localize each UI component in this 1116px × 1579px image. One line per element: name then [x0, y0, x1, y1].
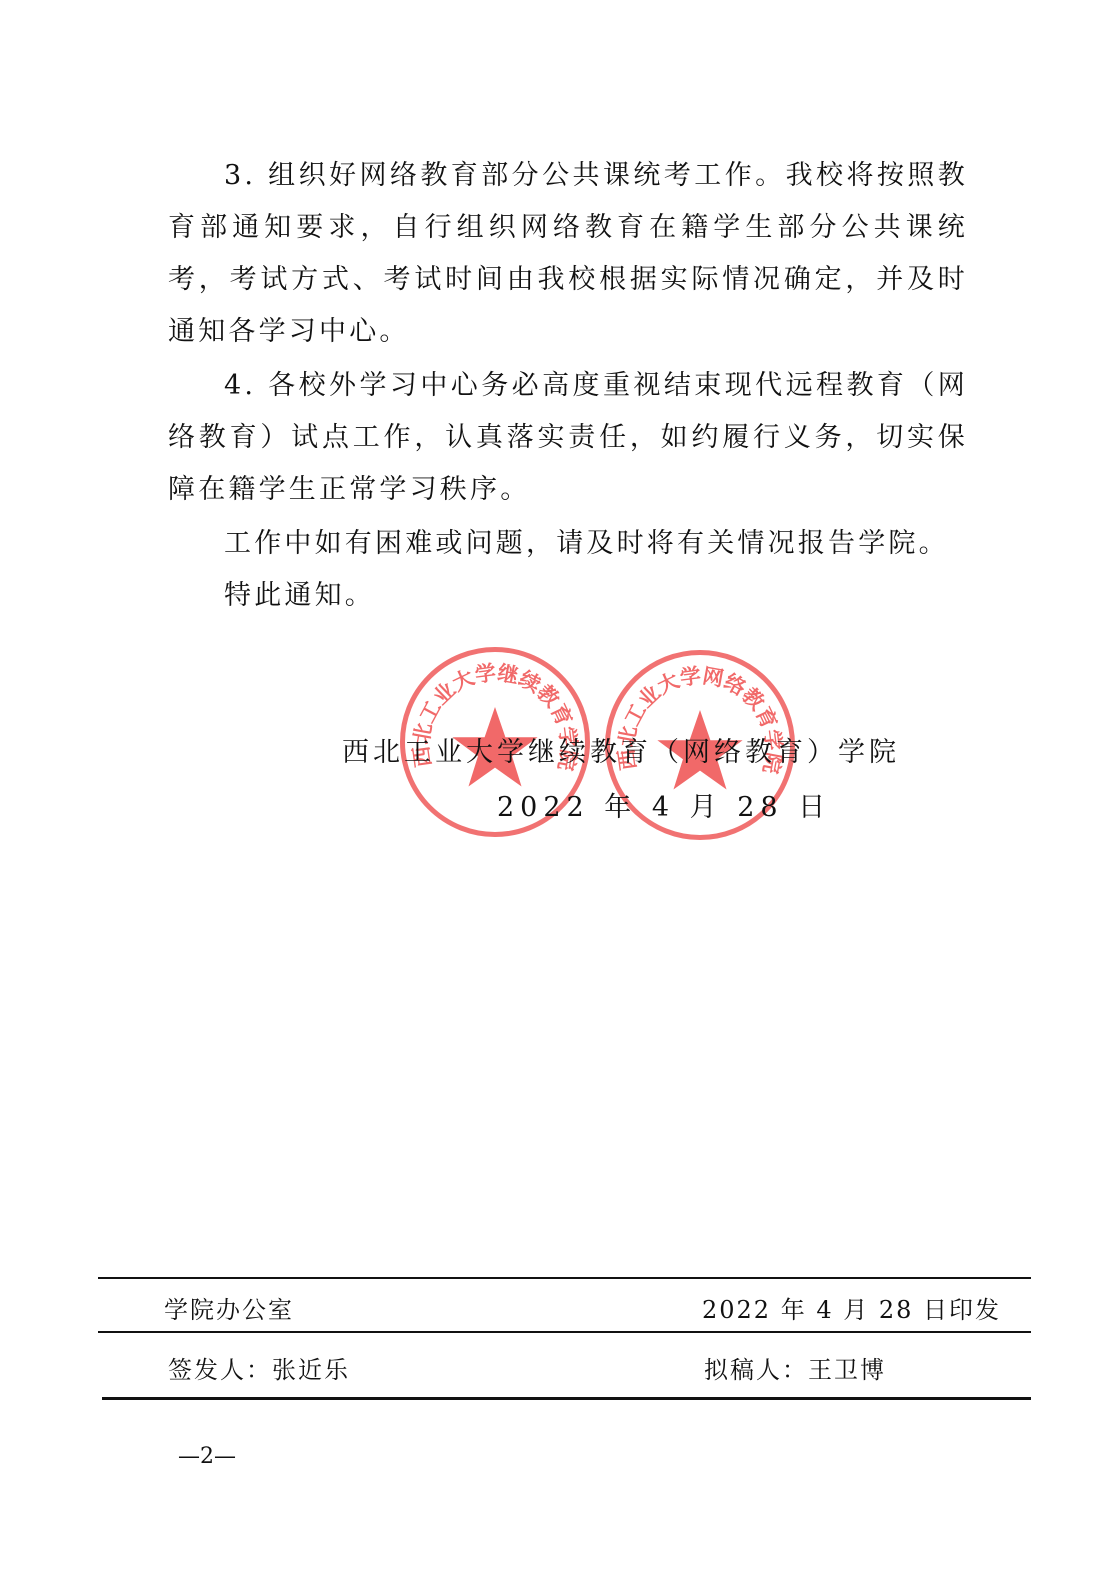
signer: 签发人：张近乐: [168, 1350, 350, 1385]
signature-date: 2022 年 4 月 28 日: [497, 785, 831, 824]
paragraph-notice: 特此通知。: [168, 570, 968, 622]
footer-divider-middle: [98, 1331, 1031, 1333]
paragraph-text: 工作中如有困难或问题，请及时将有关情况报告学院。: [224, 528, 949, 559]
print-date: 2022 年 4 月 28 日印发: [702, 1290, 1001, 1325]
page-number: —2—: [178, 1444, 236, 1469]
paragraph-text: 特此通知。: [224, 580, 375, 611]
drafter: 拟稿人：王卫博: [704, 1350, 886, 1385]
paragraph-text: 3. 组织好网络教育部分公共课统考工作。我校将按照教育部通知要求，自行组织网络教…: [168, 160, 968, 347]
paragraph-item-3: 3. 组织好网络教育部分公共课统考工作。我校将按照教育部通知要求，自行组织网络教…: [168, 150, 968, 358]
paragraph-text: 4. 各校外学习中心务必高度重视结束现代远程教育（网络教育）试点工作，认真落实责…: [168, 370, 968, 505]
footer-divider-bottom: [102, 1397, 1031, 1400]
signature-organization: 西北工业大学继续教育（网络教育）学院: [342, 730, 900, 769]
paragraph-item-4: 4. 各校外学习中心务必高度重视结束现代远程教育（网络教育）试点工作，认真落实责…: [168, 360, 968, 516]
footer-divider-top: [98, 1277, 1031, 1279]
issuing-office: 学院办公室: [164, 1290, 294, 1325]
paragraph-closing-request: 工作中如有困难或问题，请及时将有关情况报告学院。: [168, 518, 968, 570]
